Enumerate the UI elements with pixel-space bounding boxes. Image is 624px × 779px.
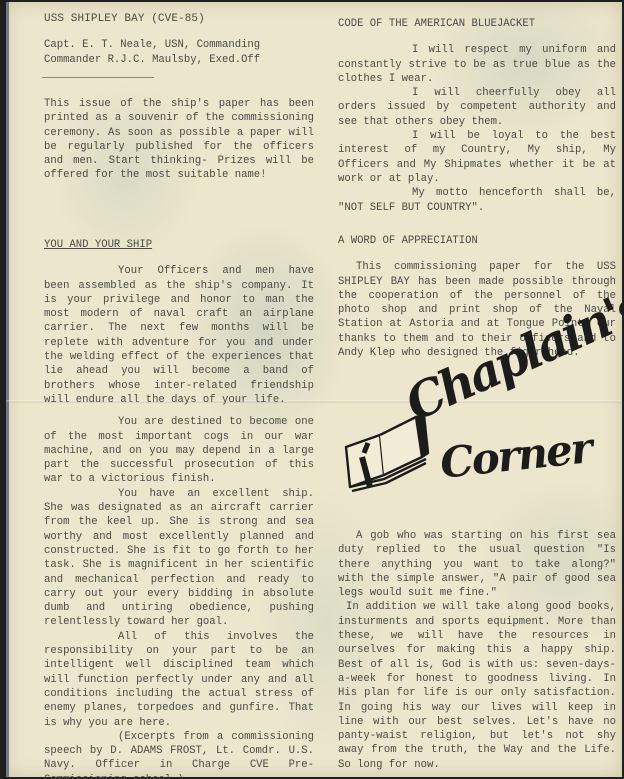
your-ship-paragraph: You are destined to become one of the mo… xyxy=(44,415,314,486)
masthead-title: USS SHIPLEY BAY (CVE-85) xyxy=(44,12,314,26)
your-ship-paragraph: All of this involves the responsibility … xyxy=(44,630,314,730)
page-edge xyxy=(6,2,9,777)
masthead-exec: Commander R.J.C. Maulsby, Exed.Off xyxy=(44,53,314,67)
chaplains-corner-banner: Chaplain's Corner xyxy=(340,387,620,512)
code-paragraph: My motto henceforth shall be, "NOT SELF … xyxy=(338,186,616,215)
your-ship-paragraph: Your Officers and men have been assemble… xyxy=(44,264,314,407)
masthead-captain: Capt. E. T. Neale, USN, Commanding xyxy=(44,38,314,52)
speech-attribution: (Excerpts from a commissioning speech by… xyxy=(44,730,314,779)
your-ship-heading: YOU AND YOUR SHIP xyxy=(44,238,314,252)
your-ship-section: YOU AND YOUR SHIP Your Officers and men … xyxy=(44,238,314,779)
chaplain-paragraph: A gob who was starting on his first sea … xyxy=(338,529,616,600)
masthead-divider xyxy=(42,77,154,78)
chaplain-paragraph: In addition we will take along good book… xyxy=(338,600,616,772)
intro-section: This issue of the ship's paper has been … xyxy=(44,97,314,183)
appreciation-heading: A WORD OF APPRECIATION xyxy=(338,234,616,248)
masthead: USS SHIPLEY BAY (CVE-85) Capt. E. T. Nea… xyxy=(44,12,314,67)
code-paragraph: I will cheerfully obey all orders issued… xyxy=(338,86,616,129)
chaplain-section: A gob who was starting on his first sea … xyxy=(338,529,616,772)
code-heading: CODE OF THE AMERICAN BLUEJACKET xyxy=(338,17,616,31)
banner-title-line2: Corner xyxy=(440,441,592,471)
code-section: CODE OF THE AMERICAN BLUEJACKET I will r… xyxy=(338,17,616,215)
intro-text: This issue of the ship's paper has been … xyxy=(44,97,314,183)
your-ship-paragraph: You have an excellent ship. She was desi… xyxy=(44,487,314,630)
code-paragraph: I will be loyal to the best interest of … xyxy=(338,129,616,186)
newsletter-page: USS SHIPLEY BAY (CVE-85) Capt. E. T. Nea… xyxy=(6,2,622,777)
code-paragraph: I will respect my uniform and constantly… xyxy=(338,43,616,86)
